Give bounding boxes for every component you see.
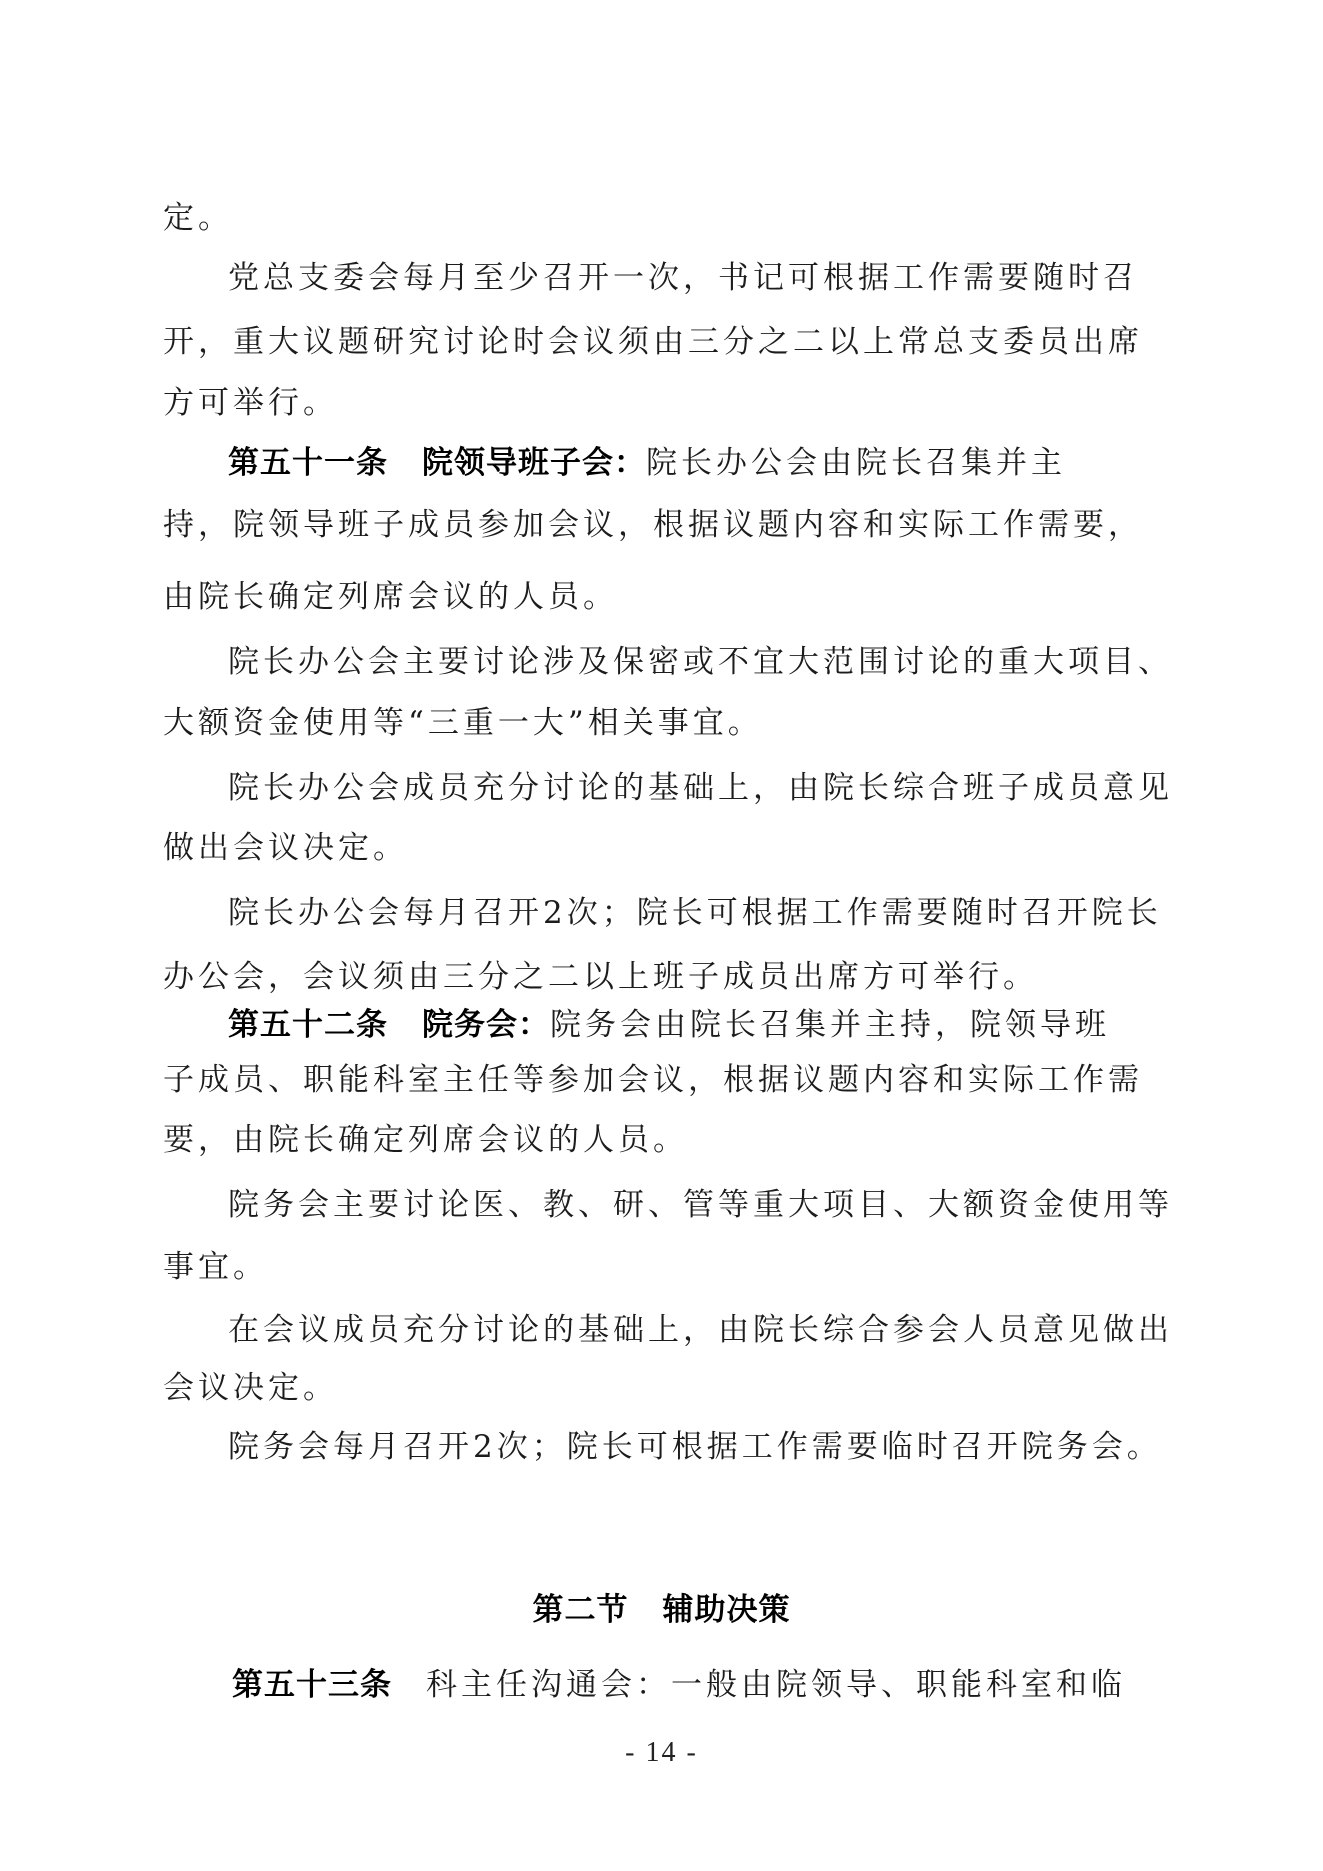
article-51-line: 第五十一条院领导班子会：院长办公会由院长召集并主 — [228, 443, 1066, 483]
article-number: 第五十一条 — [228, 445, 388, 481]
paragraph-start-line: 党总支委会每月至少召开一次，书记可根据工作需要随时召 — [228, 258, 1138, 298]
article-heading: 院务会： — [422, 1007, 550, 1043]
article-text: 院长办公会由院长召集并主 — [646, 445, 1066, 481]
body-line: 做出会议决定。 — [163, 828, 408, 868]
article-number: 第五十二条 — [228, 1007, 388, 1043]
body-line: 定。 — [163, 198, 233, 238]
article-text: 院务会由院长召集并主持，院领导班 — [550, 1007, 1110, 1043]
article-text: 一般由院领导、职能科室和临 — [671, 1667, 1126, 1703]
body-line: 办公会，会议须由三分之二以上班子成员出席方可举行。 — [163, 957, 1038, 997]
article-heading: 科主任沟通会： — [426, 1667, 671, 1703]
section-number: 第二节 — [533, 1592, 629, 1628]
paragraph-start-line: 院长办公会主要讨论涉及保密或不宜大范围讨论的重大项目、 — [228, 642, 1173, 682]
body-line: 事宜。 — [163, 1247, 268, 1287]
article-heading: 院领导班子会： — [422, 445, 646, 481]
body-line: 由院长确定列席会议的人员。 — [163, 577, 618, 617]
body-line: 大额资金使用等“三重一大”相关事宜。 — [163, 703, 763, 743]
body-line: 开，重大议题研究讨论时会议须由三分之二以上常总支委员出席 — [163, 322, 1143, 362]
section-title: 第二节辅助决策 — [0, 1590, 1323, 1630]
section-name: 辅助决策 — [663, 1592, 791, 1628]
paragraph-start-line: 院长办公会每月召开2次；院长可根据工作需要随时召开院长 — [228, 893, 1162, 933]
body-line: 持，院领导班子成员参加会议，根据议题内容和实际工作需要， — [163, 505, 1143, 545]
paragraph-start-line: 院务会每月召开2次；院长可根据工作需要临时召开院务会。 — [228, 1427, 1162, 1467]
body-line: 方可举行。 — [163, 383, 338, 423]
body-line: 会议决定。 — [163, 1368, 338, 1408]
page-number: - 14 - — [0, 1736, 1323, 1770]
article-52-line: 第五十二条院务会：院务会由院长召集并主持，院领导班 — [228, 1005, 1110, 1045]
document-page: 定。 党总支委会每月至少召开一次，书记可根据工作需要随时召 开，重大议题研究讨论… — [0, 0, 1323, 1871]
article-53-line: 第五十三条科主任沟通会：一般由院领导、职能科室和临 — [232, 1665, 1126, 1705]
body-line: 子成员、职能科室主任等参加会议，根据议题内容和实际工作需 — [163, 1060, 1143, 1100]
paragraph-start-line: 在会议成员充分讨论的基础上，由院长综合参会人员意见做出 — [228, 1310, 1173, 1350]
body-line: 要，由院长确定列席会议的人员。 — [163, 1120, 688, 1160]
paragraph-start-line: 院务会主要讨论医、教、研、管等重大项目、大额资金使用等 — [228, 1185, 1173, 1225]
paragraph-start-line: 院长办公会成员充分讨论的基础上，由院长综合班子成员意见 — [228, 768, 1173, 808]
article-number: 第五十三条 — [232, 1667, 392, 1703]
